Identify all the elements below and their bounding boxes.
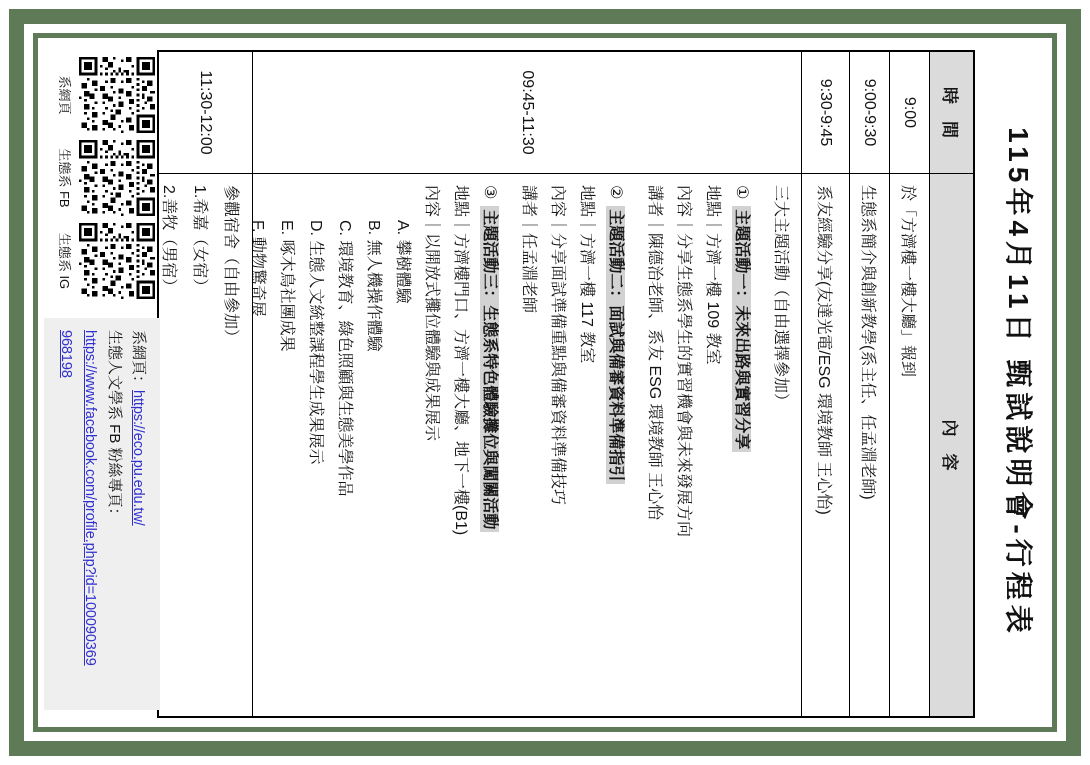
header-content: 內 容 (930, 173, 973, 716)
dorm-option-1: 1.希嘉（女宿） (184, 185, 215, 710)
qr-facebook: 生態系 FB (56, 140, 155, 216)
document-page: 115年4月11日 甄試說明會-行程表 時 間 內 容 9:00 於「方濟樓一樓… (0, 0, 1090, 765)
activity-3-heading: ③主題活動三：生態系特色體驗攤位與闖關活動 (475, 185, 504, 710)
activity-2-speaker: 講者｜任孟淵老師 (514, 185, 543, 710)
time-cell-4: 09:45-11:30 (253, 52, 802, 173)
qr-instagram: 生態系 IG (56, 223, 155, 299)
activity-3-item-e: E. 啄木鳥社團成果 (272, 220, 301, 710)
content-cell-1: 於「方濟樓一樓大廳」報到 (890, 173, 930, 716)
activity-2-desc: 內容｜分享面試準備重點與備審資料準備技巧 (543, 185, 572, 710)
activity-1-speaker: 講者｜陳德治老師、系友 ESG 環境教師 王心怡 (640, 185, 669, 710)
activity-3-item-d: D. 生態人文統整課程學生成果展示 (301, 220, 330, 710)
activity-1-title: 主題活動一：未來出路與實習分享 (732, 206, 751, 452)
circled-number-3-icon: ③ (481, 185, 498, 199)
activity-2-title: 主題活動二：面試與備審資料準備指引 (606, 206, 625, 484)
activity-3-item-f: F. 動物驚奇展 (253, 220, 272, 710)
content-cell-4: 三大主題活動（自由選擇參加） ①主題活動一：未來出路與實習分享 地點｜方濟一樓 … (253, 173, 802, 716)
activity-1-desc: 內容｜分享生態系學生的實習機會與未來發展方向 (669, 185, 698, 710)
time-cell-5: 11:30-12:00 (159, 52, 253, 173)
activity-3-desc: 內容｜以開放式攤位體驗與成果展示 (417, 185, 446, 710)
header-time: 時 間 (930, 52, 973, 173)
activity-3-location: 地點｜方濟樓門口、方濟一樓大廳、地下一樓(B1) (446, 185, 475, 710)
qr-code-image (79, 57, 155, 133)
activity-3-item-c: C. 環境教育、綠色照顧與生態美學作品 (330, 220, 359, 710)
fb-url-link[interactable]: https://www.facebook.com/profile.php?id=… (82, 330, 98, 666)
content-cell-3: 系友經驗分享(友達光電/ESG 環境教師 王心怡) (802, 173, 850, 716)
activity-3-item-b: B. 無人機操作體驗 (359, 220, 388, 710)
circled-number-2-icon: ② (607, 185, 624, 199)
content-cell-2: 生態系簡介與創新教學(系主任、任孟淵老師) (850, 173, 890, 716)
activities-intro: 三大主題活動（自由選擇參加） (766, 185, 795, 710)
activity-3-item-a: A. 攀樹體驗 (388, 220, 417, 710)
time-cell-1: 9:00 (890, 52, 930, 173)
activity-3-title: 主題活動三：生態系特色體驗攤位與闖關活動 (480, 206, 499, 532)
qr-instagram-label: 生態系 IG (56, 223, 75, 299)
qr-facebook-label: 生態系 FB (56, 140, 75, 216)
activity-2-location: 地點｜方濟一樓 117 教室 (572, 185, 601, 710)
qr-website: 系網頁 (56, 57, 155, 133)
schedule-table: 時 間 內 容 9:00 於「方濟樓一樓大廳」報到 9:00-9:30 生態系簡… (157, 50, 975, 718)
qr-website-label: 系網頁 (56, 57, 75, 133)
activity-2-heading: ②主題活動二：面試與備審資料準備指引 (601, 185, 630, 710)
page-content: 115年4月11日 甄試說明會-行程表 時 間 內 容 9:00 於「方濟樓一樓… (38, 38, 1052, 727)
circled-number-1-icon: ① (733, 185, 750, 199)
time-cell-2: 9:00-9:30 (850, 52, 890, 173)
dorm-option-2: 2.善牧（男宿） (159, 185, 184, 710)
page-title: 115年4月11日 甄試說明會-行程表 (1000, 38, 1040, 727)
site-url-link[interactable]: https://eco.pu.edu.tw/ (130, 390, 146, 526)
dorm-intro: 參觀宿舍（自由參加） (215, 185, 246, 710)
fb-url-link-continued[interactable]: 968198 (58, 330, 74, 378)
links-panel: 系網頁：https://eco.pu.edu.tw/ 生態人文學系 FB 粉絲專… (44, 318, 160, 710)
activity-1-heading: ①主題活動一：未來出路與實習分享 (727, 185, 756, 710)
site-label: 系網頁： (130, 330, 147, 390)
time-cell-3: 9:30-9:45 (802, 52, 850, 173)
fb-link-rows: https://www.facebook.com/profile.php?id=… (54, 330, 102, 698)
qr-code-image (79, 140, 155, 216)
activity-1-location: 地點｜方濟一樓 109 教室 (698, 185, 727, 710)
content-cell-5: 參觀宿舍（自由參加） 1.希嘉（女宿） 2.善牧（男宿） (159, 173, 253, 716)
qr-code-image (79, 223, 155, 299)
site-link-row: 系網頁：https://eco.pu.edu.tw/ (126, 330, 150, 698)
fb-label: 生態人文學系 FB 粉絲專頁： (102, 330, 126, 698)
